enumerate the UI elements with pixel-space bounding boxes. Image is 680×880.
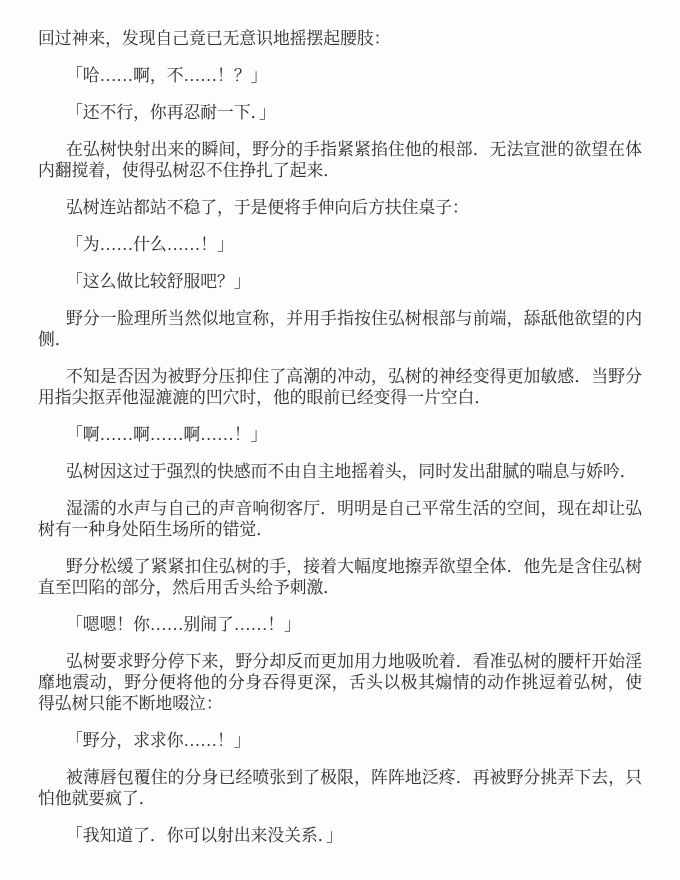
narration-paragraph: 被薄唇包覆住的分身已经喷张到了极限，阵阵地泛疼．再被野分挑弄下去，只怕他就要疯了…: [38, 767, 642, 809]
narration-paragraph: 湿濡的水声与自己的声音响彻客厅．明明是自己平常生活的空间，现在却让弘树有一种身处…: [38, 498, 642, 540]
dialogue-line: 「哈……啊，不……！？」: [38, 65, 642, 86]
narration-paragraph: 不知是否因为被野分压抑住了高潮的冲动，弘树的神经变得更加敏感．当野分用指尖抠弄他…: [38, 366, 642, 408]
dialogue-line: 「我知道了．你可以射出来没关系．」: [38, 825, 642, 846]
narration-paragraph: 野分松缓了紧紧扣住弘树的手，接着大幅度地擦弄欲望全体．他先是含住弘树直至凹陷的部…: [38, 556, 642, 598]
dialogue-line: 「这么做比较舒服吧？」: [38, 271, 642, 292]
narration-paragraph: 弘树因这过于强烈的快感而不由自主地摇着头，同时发出甜腻的喘息与娇吟．: [38, 461, 642, 482]
narration-paragraph: 回过神来，发现自己竟已无意识地摇摆起腰肢：: [38, 28, 642, 49]
document-page: 回过神来，发现自己竟已无意识地摇摆起腰肢： 「哈……啊，不……！？」 「还不行，…: [0, 0, 680, 880]
narration-paragraph: 弘树要求野分停下来，野分却反而更加用力地吸吮着．看准弘树的腰杆开始淫靡地震动，野…: [38, 651, 642, 714]
dialogue-line: 「为……什么……！」: [38, 234, 642, 255]
dialogue-line: 「嗯嗯！你……别闹了……！」: [38, 614, 642, 635]
dialogue-line: 「还不行，你再忍耐一下．」: [38, 102, 642, 123]
narration-paragraph: 弘树连站都站不稳了，于是便将手伸向后方扶住桌子：: [38, 197, 642, 218]
narration-paragraph: 在弘树快射出来的瞬间，野分的手指紧紧掐住他的根部．无法宣泄的欲望在体内翻搅着，使…: [38, 139, 642, 181]
dialogue-line: 「啊……啊……啊……！」: [38, 424, 642, 445]
dialogue-line: 「野分，求求你……！」: [38, 730, 642, 751]
narration-paragraph: 野分一脸理所当然似地宣称，并用手指按住弘树根部与前端，舔舐他欲望的内侧．: [38, 308, 642, 350]
